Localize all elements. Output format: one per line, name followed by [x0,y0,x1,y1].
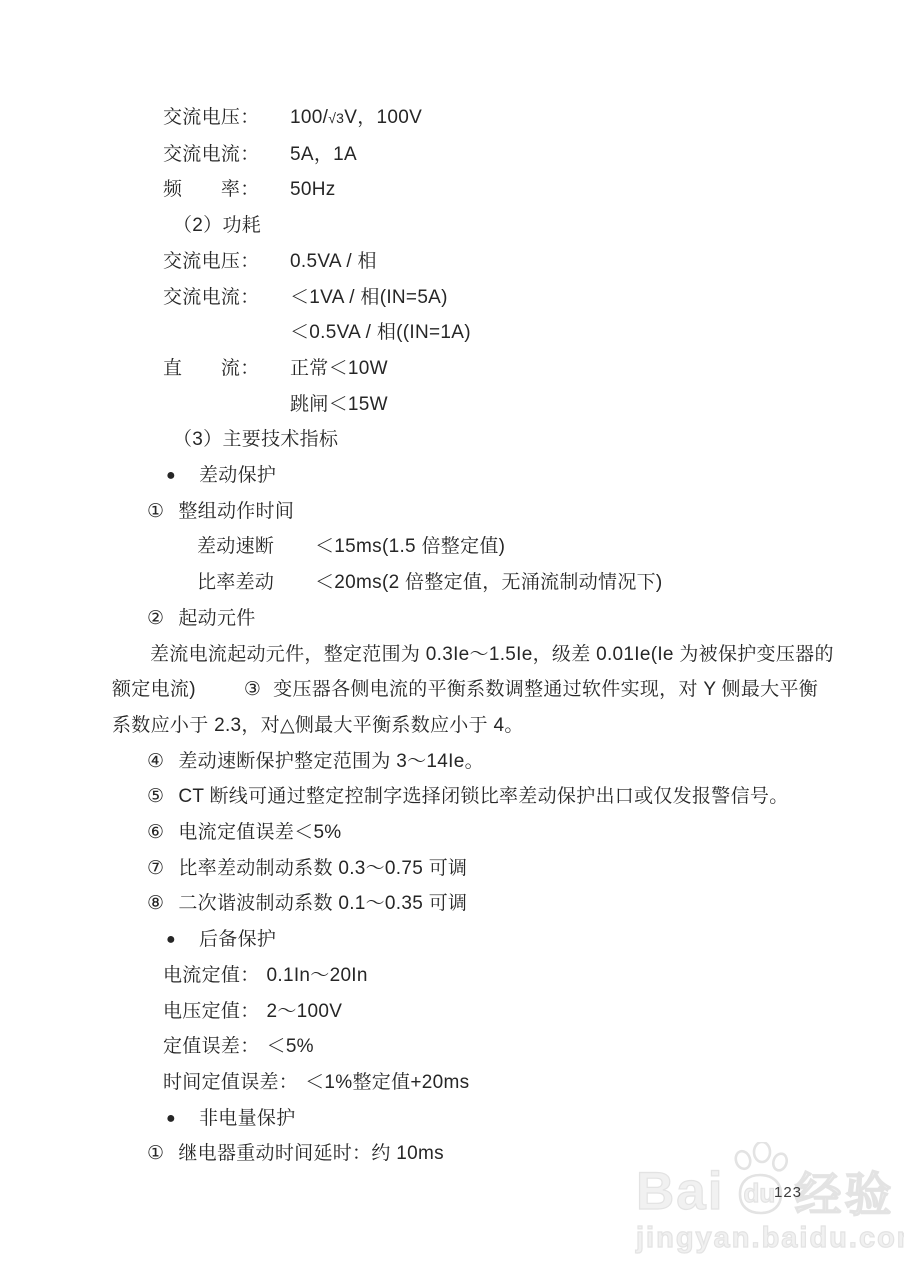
spec-label: 频 率： [163,172,290,208]
paragraph-line-3: 系数应小于 2.3，对△侧最大平衡系数应小于 4。 [0,708,904,744]
spec-value: ＜15ms(1.5 倍整定值) [315,536,505,557]
section-heading-tech-specs: （3）主要技术指标 [0,422,904,458]
sqrt-symbol: √3 [328,110,344,126]
numbered-item-4: ④差动速断保护整定范围为 3～14Ie。 [0,744,904,780]
circled-number: ③ [244,679,261,700]
watermark-url: jingyan.baidu.com [636,1222,904,1255]
watermark-jingyan-text: 经验 [794,1171,894,1218]
spec-label: 电流定值： [163,965,260,986]
spec-label: 直 流： [163,351,290,387]
spec-value: 5A，1A [290,144,357,165]
spec-value-continuation: 跳闸＜15W [0,387,904,423]
spec-row-dc: 直 流：正常＜10W [0,351,904,387]
spec-label: 差动速断 [197,529,315,565]
spec-row-frequency: 频 率：50Hz [0,172,904,208]
sub-spec-row-ratio-differential: 比率差动＜20ms(2 倍整定值，无涌流制动情况下) [0,565,904,601]
spec-row-ac-current-consumption: 交流电流：＜1VA / 相(IN=5A) [0,280,904,316]
spec-value: ＜1VA / 相(IN=5A) [290,287,448,308]
spec-label: 时间定值误差： [163,1072,298,1093]
page-number: 123 [774,1184,802,1201]
sub-spec-row-quick-break: 差动速断＜15ms(1.5 倍整定值) [0,529,904,565]
spec-row-ac-current: 交流电流：5A，1A [0,137,904,173]
spec-label: 交流电压： [163,244,290,280]
numbered-item-8: ⑧二次谐波制动系数 0.1～0.35 可调 [0,886,904,922]
section-heading-power-consumption: （2）功耗 [0,208,904,244]
spec-value: 正常＜10W [290,358,388,379]
watermark-logo-row: Bai du 经验 [636,1142,904,1218]
spec-label: 交流电压： [163,100,290,136]
bullet-item-non-electric-protection: ●非电量保护 [0,1101,904,1137]
spec-value: ＜5% [267,1036,314,1057]
spec-label: 交流电流： [163,137,290,173]
spec-value-continuation: ＜0.5VA / 相((IN=1A) [0,315,904,351]
circled-number: ① [147,501,164,522]
circled-number: ① [147,1143,164,1164]
spec-row-setting-error: 定值误差：＜5% [0,1029,904,1065]
paragraph-line-1: 差流电流起动元件，整定范围为 0.3Ie～1.5Ie，级差 0.01Ie(Ie … [0,637,904,673]
circled-number: ⑧ [147,893,164,914]
circled-number: ⑤ [147,786,164,807]
bullet-item-backup-protection: ●后备保护 [0,922,904,958]
spec-label: 交流电流： [163,280,290,316]
spec-value: 0.1In～20In [267,965,368,986]
spec-row-current-setting: 电流定值：0.1In～20In [0,958,904,994]
spec-row-ac-voltage-consumption: 交流电压：0.5VA / 相 [0,244,904,280]
watermark-bai-text: Bai [636,1165,724,1218]
document-page: 交流电压：100/√3V，100V 交流电流：5A，1A 频 率：50Hz （2… [0,0,904,1280]
circled-number: ⑥ [147,822,164,843]
bullet-icon: ● [166,1101,199,1137]
numbered-item-6: ⑥电流定值误差＜5% [0,815,904,851]
spec-label: 比率差动 [197,565,315,601]
baidu-paw-icon: du [728,1142,792,1220]
circled-number: ② [147,608,164,629]
numbered-item-2: ②起动元件 [0,601,904,637]
spec-value: ＜1%整定值+20ms [305,1072,469,1093]
spec-value: 100/√3V，100V [290,107,422,128]
spec-value: 50Hz [290,179,336,200]
spec-row-time-setting-error: 时间定值误差：＜1%整定值+20ms [0,1065,904,1101]
circled-number: ⑦ [147,858,164,879]
paragraph-line-2: 额定电流)③变压器各侧电流的平衡系数调整通过软件实现，对 Y 侧最大平衡 [0,672,904,708]
numbered-item-5: ⑤CT 断线可通过整定控制字选择闭锁比率差动保护出口或仅发报警信号。 [0,779,904,815]
bullet-item-differential-protection: ●差动保护 [0,458,904,494]
circled-number: ④ [147,751,164,772]
spec-value: 2～100V [267,1001,343,1022]
spec-label: 定值误差： [163,1036,260,1057]
spec-row-voltage-setting: 电压定值：2～100V [0,994,904,1030]
baidu-jingyan-watermark: Bai du 经验 jingyan.baidu.com [636,1142,904,1255]
watermark-du-text: du [743,1178,775,1209]
document-body: 交流电压：100/√3V，100V 交流电流：5A，1A 频 率：50Hz （2… [0,100,904,1172]
numbered-item-7: ⑦比率差动制动系数 0.3～0.75 可调 [0,851,904,887]
spec-value: ＜20ms(2 倍整定值，无涌流制动情况下) [315,572,663,593]
spec-label: 电压定值： [163,1001,260,1022]
bullet-icon: ● [166,458,199,494]
spec-row-ac-voltage: 交流电压：100/√3V，100V [0,100,904,137]
bullet-icon: ● [166,922,199,958]
numbered-item-1: ①整组动作时间 [0,494,904,530]
spec-value: 0.5VA / 相 [290,251,377,272]
